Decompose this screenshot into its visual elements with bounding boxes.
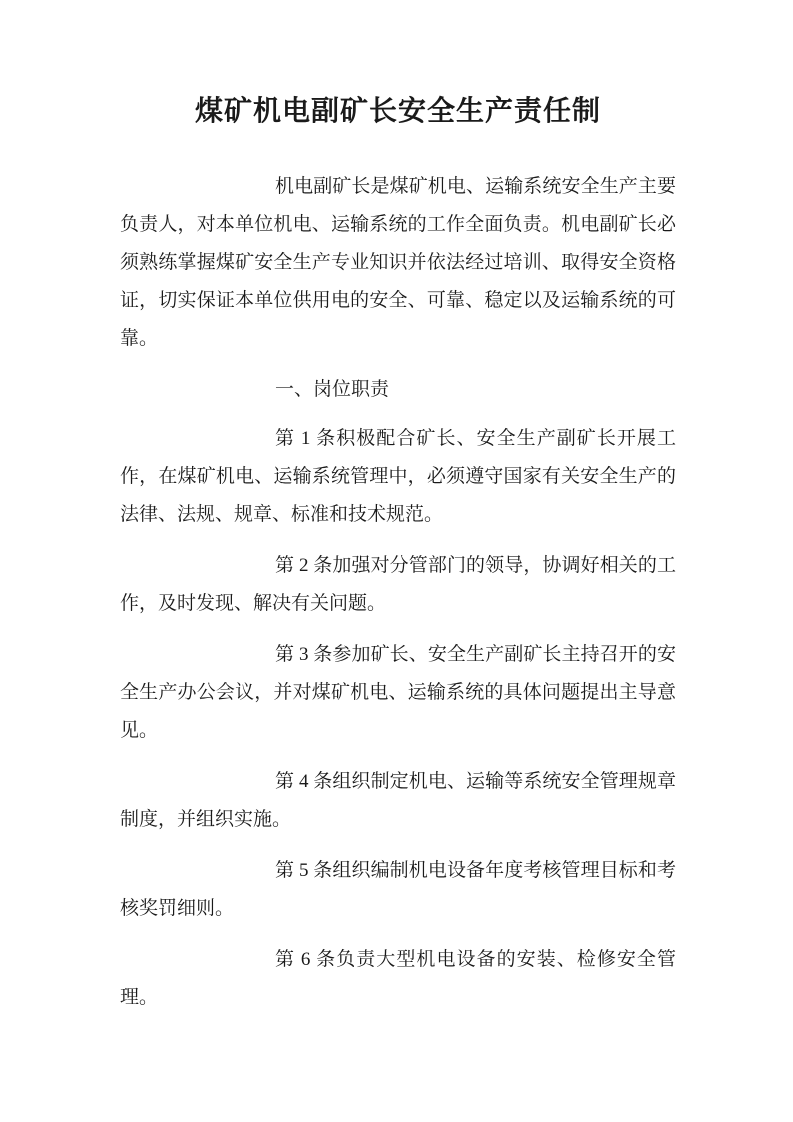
document-page: 煤矿机电副矿长安全生产责任制 机电副矿长是煤矿机电、运输系统安全生产主要负责人，… [0,0,793,1122]
article-paragraph-3: 第 3 条参加矿长、安全生产副矿长主持召开的安全生产办公会议，并对煤矿机电、运输… [120,636,676,750]
article-paragraph-1: 第 1 条积极配合矿长、安全生产副矿长开展工作，在煤矿机电、运输系统管理中，必须… [120,420,676,534]
document-title: 煤矿机电副矿长安全生产责任制 [120,92,676,132]
article-paragraph-6: 第 6 条负责大型机电设备的安装、检修安全管理。 [120,941,676,1017]
article-paragraph-2: 第 2 条加强对分管部门的领导，协调好相关的工作，及时发现、解决有关问题。 [120,547,676,623]
section-heading: 一、岗位职责 [120,371,676,409]
intro-paragraph: 机电副矿长是煤矿机电、运输系统安全生产主要负责人，对本单位机电、运输系统的工作全… [120,168,676,358]
article-paragraph-4: 第 4 条组织制定机电、运输等系统安全管理规章制度，并组织实施。 [120,763,676,839]
article-paragraph-5: 第 5 条组织编制机电设备年度考核管理目标和考核奖罚细则。 [120,852,676,928]
